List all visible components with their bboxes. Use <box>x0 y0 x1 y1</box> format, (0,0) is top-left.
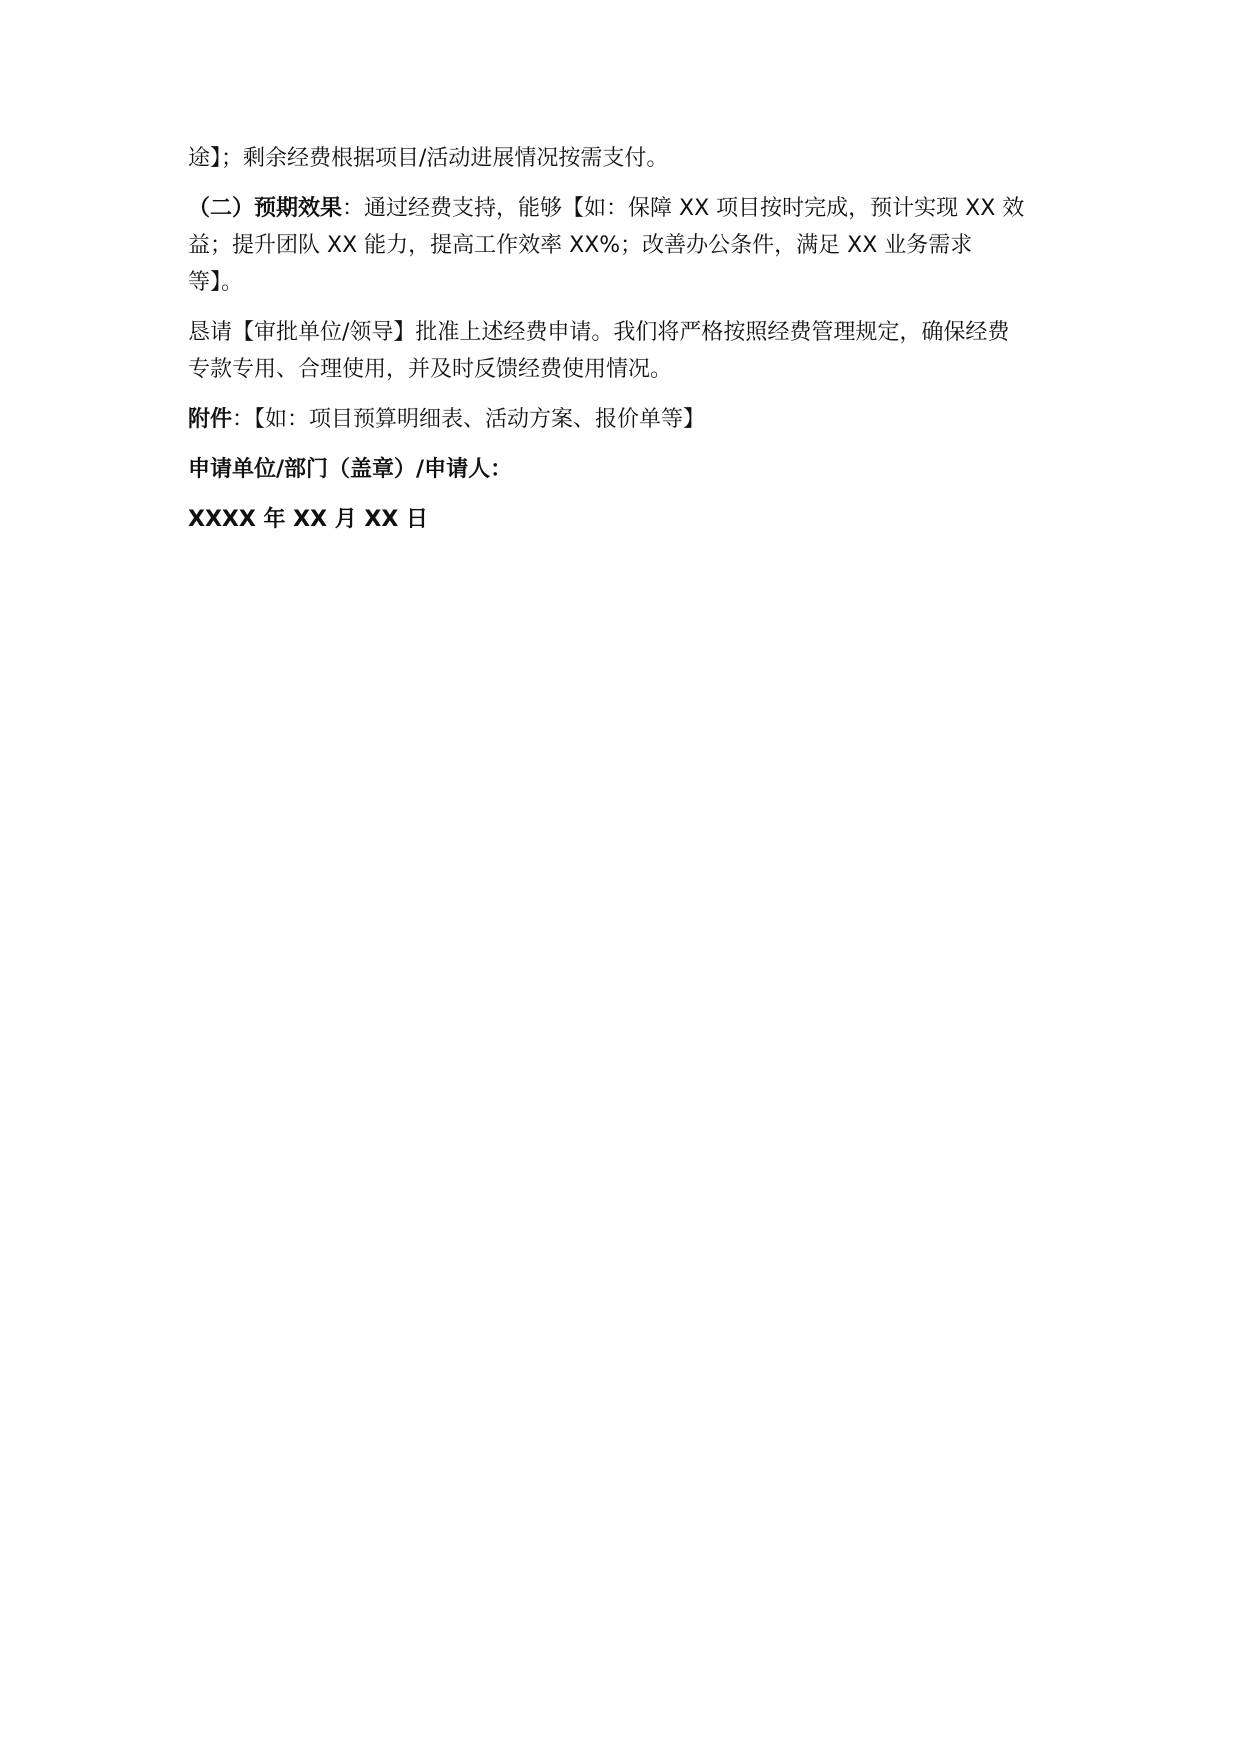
attachment-text: ：【如：项目预算明细表、活动方案、报价单等】 <box>232 407 705 432</box>
text-line: （二）预期效果：通过经费支持，能够【如：保障 XX 项目按时完成，预计实现 XX… <box>188 190 1068 227</box>
document-page: 途】；剩余经费根据项目/活动进展情况按需支付。 （二）预期效果：通过经费支持，能… <box>188 140 1068 538</box>
expected-effect-paragraph: （二）预期效果：通过经费支持，能够【如：保障 XX 项目按时完成，预计实现 XX… <box>188 190 1068 301</box>
text-line: 等】。 <box>188 264 1068 301</box>
request-paragraph: 恳请【审批单位/领导】批准上述经费申请。我们将严格按照经费管理规定，确保经费 专… <box>188 314 1068 388</box>
attachment-paragraph: 附件：【如：项目预算明细表、活动方案、报价单等】 <box>188 401 1068 438</box>
text-line: 益；提升团队 XX 能力，提高工作效率 XX%；改善办公条件，满足 XX 业务需… <box>188 227 1068 264</box>
text-line: 恳请【审批单位/领导】批准上述经费申请。我们将严格按照经费管理规定，确保经费 <box>188 314 1068 351</box>
date-line: XXXX 年 XX 月 XX 日 <box>188 501 1068 538</box>
attachment-label: 附件 <box>188 407 232 432</box>
text-line: 专款专用、合理使用，并及时反馈经费使用情况。 <box>188 351 1068 388</box>
section-heading: （二）预期效果 <box>188 196 342 221</box>
text-line: 途】；剩余经费根据项目/活动进展情况按需支付。 <box>188 140 1068 177</box>
applicant-signature: 申请单位/部门（盖章）/申请人： <box>188 451 1068 488</box>
text-fragment: ：通过经费支持，能够【如：保障 XX 项目按时完成，预计实现 XX 效 <box>342 196 1024 221</box>
fund-use-paragraph: 途】；剩余经费根据项目/活动进展情况按需支付。 <box>188 140 1068 177</box>
